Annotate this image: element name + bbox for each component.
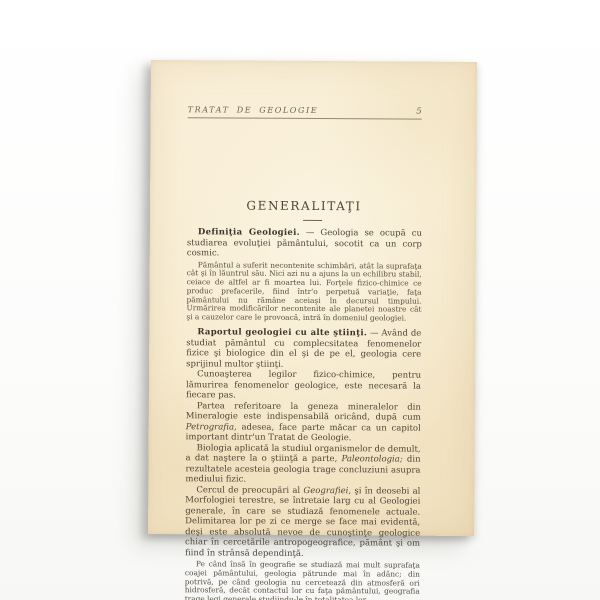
text-run: Cercul de preocupări al (196, 485, 303, 496)
running-title: TRATAT DE GEOLOGIE (188, 105, 319, 115)
bold-run: Definiţia Geologiei. (198, 227, 300, 238)
italic-run: Petrografia (186, 422, 234, 432)
paragraph: Definiţia Geologiei. — Geologia se ocupă… (187, 227, 422, 260)
bold-run: Raportul geologiei cu alte ştiinţi. (197, 327, 367, 338)
scan-background: TRATAT DE GEOLOGIE 5 GENERALITAŢI Defini… (0, 0, 600, 600)
paragraph: Pământul a suferit necontenite schimbări… (186, 261, 421, 324)
page-header: TRATAT DE GEOLOGIE 5 (188, 105, 422, 116)
paragraph: Raportul geologiei cu alte ştiinţi. — Av… (186, 327, 421, 370)
text-run: Partea referitoare la geneza mineralelor… (186, 401, 421, 423)
text-run: Cunoaşterea legilor fizico-chimice, pent… (186, 369, 421, 400)
page-number: 5 (416, 107, 421, 117)
text-run: , şi în deosebi al Morfologiei terestre,… (185, 486, 420, 559)
paragraph: Cercul de preocupări al Geografiei, şi î… (185, 485, 420, 560)
paragraph: Partea referitoare la geneza mineralelor… (186, 401, 421, 444)
title-ornament-rule (303, 220, 322, 221)
text-run: Pământul a suferit necontenite schimbări… (186, 260, 421, 323)
page-body: Definiţia Geologiei. — Geologia se ocupă… (185, 227, 422, 600)
paragraph: Cunoaşterea legilor fizico-chimice, pent… (186, 369, 421, 402)
book-page: TRATAT DE GEOLOGIE 5 GENERALITAŢI Defini… (148, 60, 477, 536)
header-rule (188, 117, 422, 119)
paragraph: Biologia aplicată la studiul organismelo… (185, 443, 420, 486)
text-run: Pe când însă în geografie se studiază ma… (185, 559, 420, 600)
chapter-title: GENERALITAŢI (187, 198, 421, 213)
paragraph: Pe când însă în geografie se studiază ma… (185, 560, 420, 600)
italic-run: Paleontologia; (341, 454, 402, 464)
italic-run: Geografiei (303, 486, 348, 496)
